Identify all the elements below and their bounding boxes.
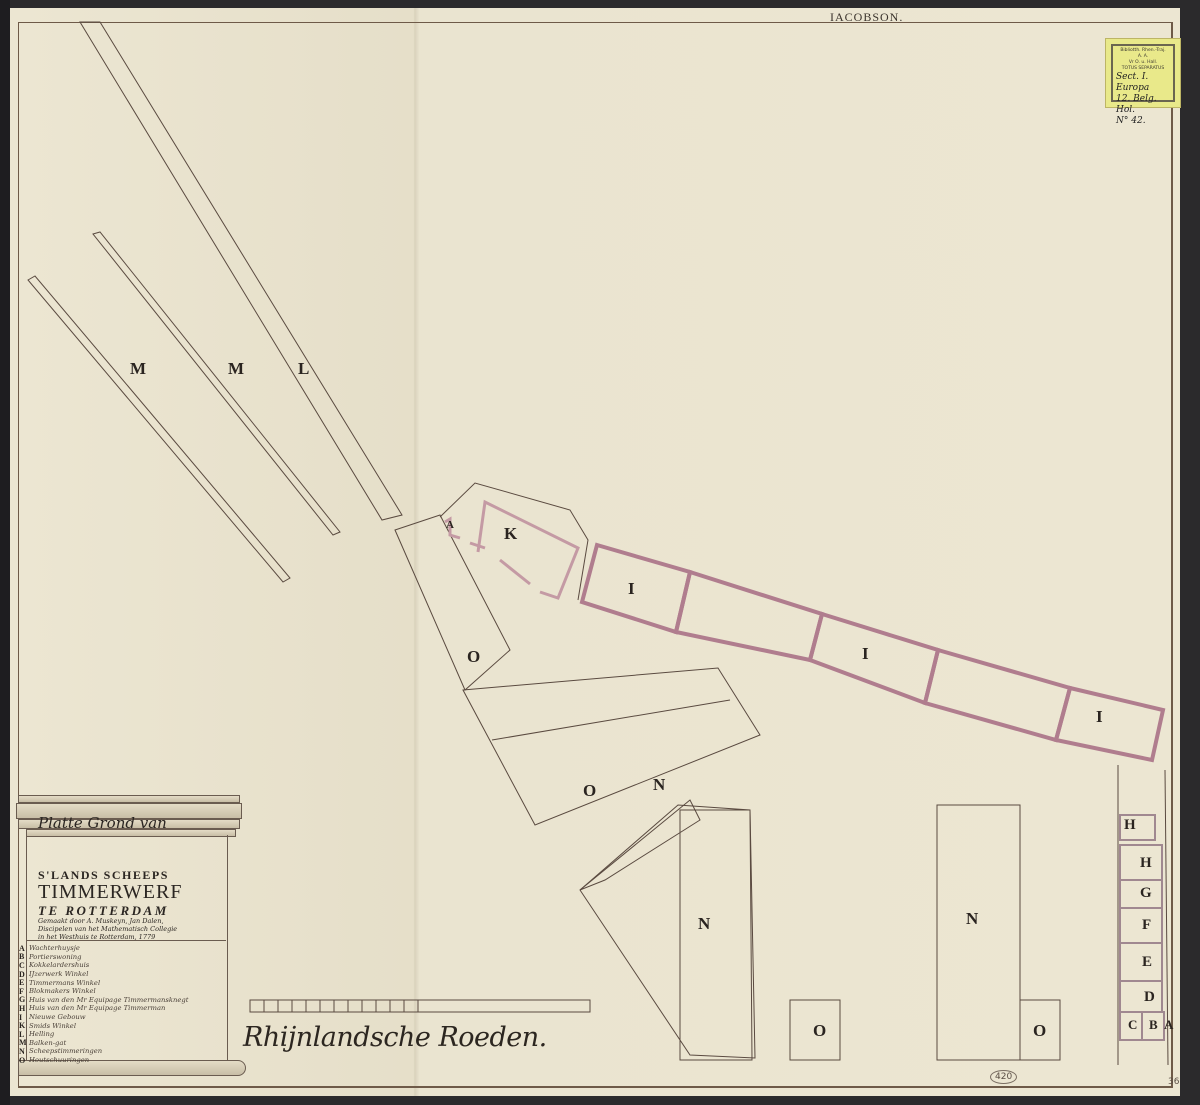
legend-row: FBlokmakers Winkel (19, 987, 219, 996)
circled-number: 420 (990, 1070, 1017, 1084)
label-n: N (698, 915, 710, 932)
label-i: I (628, 580, 635, 597)
legend-row: OHoutschuuringen (19, 1056, 219, 1065)
map-subtitle-2: TIMMERWERF (38, 881, 233, 904)
label-m: M (228, 360, 244, 377)
legend-row: CKokkelardershuis (19, 961, 219, 970)
label-h: H (1140, 856, 1152, 871)
legend: AWachterhuysje BPortierswoning CKokkelar… (19, 944, 219, 1064)
building-o1 (395, 515, 510, 690)
legend-row: INieuwe Gebouw (19, 1013, 219, 1022)
legend-row: KSmids Winkel (19, 1021, 219, 1030)
legend-row: HHuis van den Mr Equipage Timmerman (19, 1004, 219, 1013)
library-stamp: Bibliotth. Rhen.-Traj. A. A. Vr O. u. Ha… (1105, 38, 1181, 108)
label-g: G (1140, 886, 1152, 901)
label-a: A (1164, 1018, 1173, 1031)
legend-row: LHelling (19, 1030, 219, 1039)
label-i: I (1096, 708, 1103, 725)
legend-row: BPortierswoning (19, 953, 219, 962)
corner-number: 36 (1168, 1077, 1179, 1087)
map-title: Platte Grond van (38, 814, 233, 832)
label-d: D (1144, 990, 1155, 1005)
label-b: B (1149, 1018, 1158, 1031)
credit-line: Discipelen van het Mathematisch Collegie (38, 925, 223, 933)
legend-row: AWachterhuysje (19, 944, 219, 953)
label-o: O (467, 648, 480, 665)
building-n2 (580, 805, 755, 1058)
label-l: L (298, 360, 309, 377)
legend-row: NScheepstimmeringen (19, 1047, 219, 1056)
label-i: I (862, 645, 869, 662)
label-a: A (446, 520, 454, 531)
credit-line: Gemaakt door A. Muskeyn, Jan Dalen, (38, 917, 223, 925)
label-c: C (1128, 1018, 1137, 1031)
label-m: M (130, 360, 146, 377)
label-e: E (1142, 955, 1152, 970)
credit-line: in het Westhuis te Rotterdam, 1779 (38, 933, 223, 941)
label-f: F (1142, 918, 1151, 933)
label-k: K (504, 525, 517, 542)
label-h: H (1124, 818, 1136, 833)
legend-row: ETimmermans Winkel (19, 978, 219, 987)
label-o: O (813, 1022, 826, 1039)
legend-row: MBalken-gat (19, 1039, 219, 1048)
building-n1 (463, 668, 760, 825)
legend-row: DIJzerwerk Winkel (19, 970, 219, 979)
building-n3 (937, 805, 1020, 1060)
label-o: O (1033, 1022, 1046, 1039)
label-n: N (653, 776, 665, 793)
legend-row: GHuis van den Mr Equipage Timmermanskneg… (19, 996, 219, 1005)
label-n: N (966, 910, 978, 927)
scale-label: Rhijnlandsche Roeden. (243, 1022, 547, 1053)
slipway-l (80, 22, 402, 520)
label-o: O (583, 782, 596, 799)
top-name: IACOBSON. (830, 10, 903, 25)
scale-bar (250, 1000, 590, 1012)
